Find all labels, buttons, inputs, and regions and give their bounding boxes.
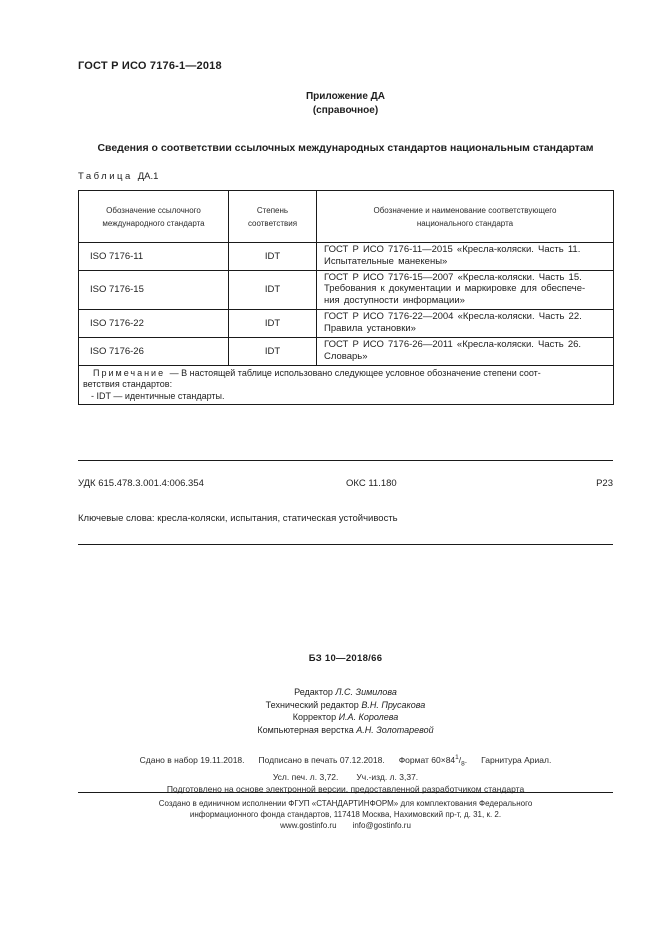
cell-reference: ISO 7176-15: [79, 270, 229, 309]
publisher-contacts: www.gostinfo.ruinfo@gostinfo.ru: [78, 821, 613, 832]
table-label: ТаблицаДА.1: [78, 171, 158, 182]
sheets-published: Уч.-изд. л. 3,37.: [356, 772, 418, 782]
cell-reference: ISO 7176-22: [79, 309, 229, 337]
print-date: Подписано в печать 07.12.2018.: [259, 755, 385, 765]
table-header-row: Обозначение ссылочного международного ст…: [79, 191, 614, 243]
cell-reference: ISO 7176-11: [79, 243, 229, 271]
table-row: ISO 7176-15 IDT ГОСТ Р ИСО 7176-15—2007 …: [79, 270, 614, 309]
staff-role: Редактор: [294, 687, 333, 697]
appendix-title: Приложение ДА: [78, 90, 613, 104]
staff-name: А.Н. Золотаревой: [356, 725, 433, 735]
doc-number: ГОСТ Р ИСО 7176-1—2018: [78, 60, 222, 72]
cell-degree: IDT: [229, 243, 317, 271]
table-row: ISO 7176-11 IDT ГОСТ Р ИСО 7176-11—2015 …: [79, 243, 614, 271]
paper-format: Формат 60×841/8.: [399, 755, 467, 765]
publisher-block: Создано в единичном исполнении ФГУП «СТА…: [78, 799, 613, 831]
typeface: Гарнитура Ариал.: [481, 755, 551, 765]
table-row: ISO 7176-22 IDT ГОСТ Р ИСО 7176-22—2004 …: [79, 309, 614, 337]
table-note-cell: Примечание — В настоящей таблице использ…: [79, 365, 614, 405]
imprint-line-2: Усл. печ. л. 3,72.Уч.-изд. л. 3,37.: [78, 771, 613, 783]
staff-line: Редактор Л.С. Зимилова: [78, 686, 613, 699]
table-label-word: Таблица: [78, 171, 133, 182]
horizontal-rule: [78, 544, 613, 545]
table-note-row: Примечание — В настоящей таблице использ…: [79, 365, 614, 405]
publisher-website: www.gostinfo.ru: [280, 821, 336, 830]
bz-number: БЗ 10—2018/66: [78, 653, 613, 664]
publisher-email: info@gostinfo.ru: [353, 821, 411, 830]
horizontal-rule: [78, 460, 613, 461]
staff-role: Компьютерная верстка: [257, 725, 353, 735]
staff-role: Технический редактор: [266, 700, 359, 710]
publisher-line-2: информационного фонда стандартов, 117418…: [78, 810, 613, 821]
staff-line: Компьютерная верстка А.Н. Золотаревой: [78, 724, 613, 737]
cell-national: ГОСТ Р ИСО 7176-15—2007 «Кресла-коляски.…: [317, 270, 614, 309]
staff-name: И.А. Королева: [339, 712, 399, 722]
staff-role: Корректор: [293, 712, 336, 722]
staff-name: В.Н. Прусакова: [361, 700, 425, 710]
cell-reference: ISO 7176-26: [79, 337, 229, 365]
staff-line: Корректор И.А. Королева: [78, 711, 613, 724]
col-header-reference-standard: Обозначение ссылочного международного ст…: [79, 191, 229, 243]
staff-line: Технический редактор В.Н. Прусакова: [78, 699, 613, 712]
col-header-degree: Степень соответствия: [229, 191, 317, 243]
col-header-national-standard: Обозначение и наименование соответствующ…: [317, 191, 614, 243]
cell-national: ГОСТ Р ИСО 7176-11—2015 «Кресла-коляски.…: [317, 243, 614, 271]
note-item: - IDT — идентичные стандарты.: [83, 391, 607, 403]
table-label-number: ДА.1: [138, 171, 159, 182]
cell-degree: IDT: [229, 337, 317, 365]
horizontal-rule: [78, 792, 613, 793]
cell-degree: IDT: [229, 270, 317, 309]
sheets-printed: Усл. печ. л. 3,72.: [273, 772, 339, 782]
classification-row: УДК 615.478.3.001.4:006.354 ОКС 11.180 Р…: [78, 478, 613, 490]
imprint-line-1: Сдано в набор 19.11.2018.Подписано в печ…: [78, 752, 613, 771]
note-label: Примечание: [93, 368, 165, 378]
cell-degree: IDT: [229, 309, 317, 337]
publisher-line-1: Создано в единичном исполнении ФГУП «СТА…: [78, 799, 613, 810]
imprint-block: Сдано в набор 19.11.2018.Подписано в печ…: [78, 752, 613, 795]
set-date: Сдано в набор 19.11.2018.: [140, 755, 245, 765]
group-code: Р23: [596, 478, 613, 489]
cell-national: ГОСТ Р ИСО 7176-22—2004 «Кресла-коляски.…: [317, 309, 614, 337]
appendix-block: Приложение ДА (справочное): [78, 90, 613, 118]
table-note: Примечание — В настоящей таблице использ…: [83, 368, 607, 391]
section-heading: Сведения о соответствии ссылочных междун…: [78, 142, 613, 154]
correspondence-table: Обозначение ссылочного международного ст…: [78, 190, 614, 405]
keywords-line: Ключевые слова: кресла-коляски, испытани…: [78, 513, 398, 524]
appendix-type: (справочное): [78, 104, 613, 118]
prepared-note: Подготовлено на основе электронной верси…: [78, 783, 613, 795]
oks-code: ОКС 11.180: [346, 478, 397, 489]
staff-block: Редактор Л.С. Зимилова Технический редак…: [78, 686, 613, 736]
cell-national: ГОСТ Р ИСО 7176-26—2011 «Кресла-коляски.…: [317, 337, 614, 365]
staff-name: Л.С. Зимилова: [335, 687, 396, 697]
udk-code: УДК 615.478.3.001.4:006.354: [78, 478, 204, 489]
document-page: ГОСТ Р ИСО 7176-1—2018 Приложение ДА (сп…: [0, 0, 661, 936]
table-row: ISO 7176-26 IDT ГОСТ Р ИСО 7176-26—2011 …: [79, 337, 614, 365]
